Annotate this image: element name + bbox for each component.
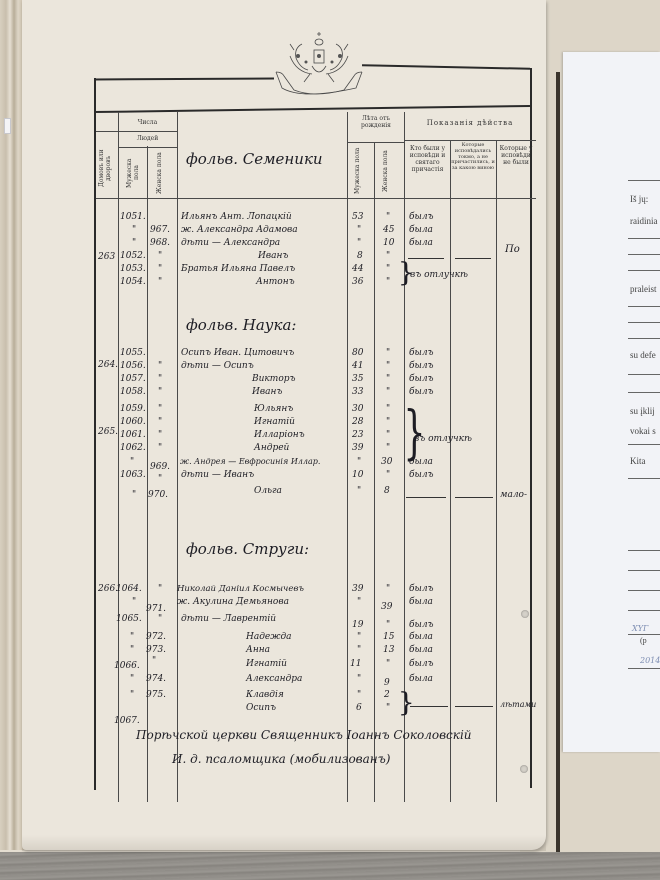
- male-number: 1063.: [120, 470, 146, 480]
- age-female: ": [386, 443, 390, 453]
- male-number: 1058.: [120, 387, 146, 397]
- header-persons: Людей: [118, 136, 177, 143]
- section-title-semeniki: фольв. Семеники: [186, 150, 323, 168]
- male-number: ": [130, 457, 134, 467]
- female-number: ": [158, 404, 162, 414]
- age-male: 11: [350, 659, 361, 669]
- age-female: ": [386, 251, 390, 261]
- age-female: ": [386, 212, 390, 222]
- person-name: дѣти — Иванъ: [181, 470, 254, 480]
- folder-edge: [556, 72, 560, 852]
- col-divider-male: [147, 146, 148, 802]
- person-name: ж. Андрея — Евфросинія Иллар.: [180, 457, 320, 466]
- age-female: ": [386, 659, 390, 669]
- confession-status: былъ: [409, 212, 434, 222]
- male-number: ": [132, 597, 136, 607]
- female-number: ": [152, 656, 156, 666]
- male-number: 1067.: [114, 716, 140, 726]
- age-male: ": [357, 674, 361, 684]
- header-confession-col2: Которые исповѣдались токмо, а не причаст…: [451, 143, 495, 172]
- male-number: ": [130, 645, 134, 655]
- age-male: ": [357, 690, 361, 700]
- person-name: Игнатій: [246, 659, 287, 669]
- male-number: 1056.: [120, 361, 146, 371]
- female-number: 975.: [146, 690, 166, 700]
- age-female: ": [386, 361, 390, 371]
- age-male: 28: [352, 417, 363, 427]
- header-age: Лѣта отъ рожденія: [349, 116, 403, 130]
- person-name: дѣти — Лаврентій: [181, 614, 276, 624]
- section-title-strugi: фольв. Струги:: [186, 540, 309, 558]
- female-number: 967.: [150, 225, 170, 235]
- person-name: Ильянъ Ант. Лопацкій: [181, 212, 292, 222]
- section-title-nauka: фольв. Наука:: [186, 316, 296, 334]
- age-female: 2: [384, 690, 390, 700]
- female-number: ": [158, 277, 162, 287]
- person-name: Осипъ Иван. Цитовичъ: [181, 348, 294, 358]
- male-number: 1060.: [120, 417, 146, 427]
- male-number: ": [132, 225, 136, 235]
- person-name: Игнатій: [254, 417, 295, 427]
- female-number: 971.: [146, 604, 166, 614]
- male-number: ": [132, 490, 136, 500]
- right-doc-handwriting-0: ХҮГ: [632, 624, 648, 633]
- female-number: ": [158, 443, 162, 453]
- punch-hole: [521, 610, 529, 618]
- female-number: ": [158, 584, 162, 594]
- male-number: 1054.: [120, 277, 146, 287]
- male-number: 1057.: [120, 374, 146, 384]
- confession-status: былъ: [409, 348, 434, 358]
- confession-status: былъ: [409, 470, 434, 480]
- confession-status: была: [409, 238, 433, 248]
- confession-status: былъ: [409, 387, 434, 397]
- right-doc-line-4: su įklij: [630, 406, 655, 416]
- age-female: ": [386, 430, 390, 440]
- age-female: 13: [383, 645, 394, 655]
- age-female: ": [386, 417, 390, 427]
- person-name: Викторъ: [252, 374, 296, 384]
- wooden-table-surface: [0, 852, 660, 880]
- age-male: ": [357, 597, 361, 607]
- header-numbers: Числа: [118, 120, 177, 127]
- age-female: 8: [384, 486, 390, 496]
- female-number: 974.: [146, 674, 166, 684]
- right-doc-line-5: vokai s: [630, 426, 656, 436]
- age-male: ": [357, 457, 361, 467]
- age-female: ": [386, 470, 390, 480]
- header-confession: Показанія дѣйства: [406, 119, 534, 127]
- age-female: ": [386, 374, 390, 384]
- age-male: 30: [352, 404, 363, 414]
- age-male: 6: [356, 703, 362, 713]
- right-doc-line-0: Iš jų:: [630, 194, 648, 204]
- header-households: Домовъ или дворовъ: [98, 140, 116, 196]
- person-name: дѣти — Александра: [181, 238, 280, 248]
- male-number: 1061.: [120, 430, 146, 440]
- female-number: ": [158, 417, 162, 427]
- age-male: 80: [352, 348, 363, 358]
- header-female: Женска пола: [156, 150, 170, 196]
- age-male: ": [357, 645, 361, 655]
- female-number: ": [158, 614, 162, 624]
- age-male: 8: [357, 251, 363, 261]
- age-male: 39: [352, 443, 363, 453]
- person-name: Николай Даніил Космычевъ: [177, 584, 304, 594]
- age-male: 39: [352, 584, 363, 594]
- person-name: Юльянъ: [254, 404, 293, 414]
- person-name: Братья Ильяна Павелъ: [181, 264, 295, 274]
- right-doc-handwriting-1: (p: [640, 636, 647, 645]
- male-number: 1059.: [120, 404, 146, 414]
- female-number: 969.: [150, 462, 170, 472]
- female-number: ": [158, 374, 162, 384]
- confession-status: была: [409, 645, 433, 655]
- person-name: Осипъ: [246, 703, 276, 713]
- person-name: Клавдія: [246, 690, 284, 700]
- person-name: Надежда: [246, 632, 292, 642]
- age-male: 33: [352, 387, 363, 397]
- person-name: ж. Александра Адамова: [181, 225, 298, 235]
- age-female: 15: [383, 632, 394, 642]
- age-male: 23: [352, 430, 363, 440]
- confession-status: былъ: [409, 361, 434, 371]
- header-confession-col1: Кто были у исповѣди и святаго причастія: [406, 146, 449, 174]
- age-male: 19: [352, 620, 363, 630]
- confession-status: былъ: [409, 584, 434, 594]
- female-number: ": [158, 474, 162, 484]
- male-number: 1051.: [120, 212, 146, 222]
- male-number: 1055.: [120, 348, 146, 358]
- header-confession-col3: Которые у исповѣди не были: [497, 146, 535, 167]
- person-name: Анна: [246, 645, 270, 655]
- female-number: ": [158, 361, 162, 371]
- col-divider-female: [177, 112, 178, 802]
- confession-status: былъ: [409, 659, 434, 669]
- person-name: ж. Акулина Демьянова: [177, 597, 289, 607]
- person-name: Александра: [246, 674, 302, 684]
- age-female: ": [386, 703, 390, 713]
- female-number: ": [158, 430, 162, 440]
- household-number: 263: [98, 252, 115, 262]
- age-male: 53: [352, 212, 363, 222]
- age-female: ": [386, 277, 390, 287]
- right-form-document: [563, 52, 660, 752]
- confession-status: была: [409, 674, 433, 684]
- female-number: ": [158, 264, 162, 274]
- age-male: 35: [352, 374, 363, 384]
- confession-status: былъ: [409, 620, 434, 630]
- age-male: 36: [352, 277, 363, 287]
- priest-signature: Порѣчской церкви Священникъ Іоаннъ Сокол…: [136, 728, 472, 742]
- age-female: ": [386, 620, 390, 630]
- person-name: Андрей: [254, 443, 289, 453]
- right-doc-line-3: su defe: [630, 350, 656, 360]
- age-female: ": [386, 264, 390, 274]
- confession-status: въ отлучкѣ: [410, 270, 468, 280]
- female-number: ": [158, 387, 162, 397]
- female-number: ": [158, 251, 162, 261]
- right-doc-handwriting-2: 2014: [640, 656, 660, 665]
- confession-status: была: [409, 632, 433, 642]
- header-age-female: Женска пола: [382, 146, 396, 196]
- female-number: 968.: [150, 238, 170, 248]
- col-divider-age-male: [347, 112, 348, 802]
- header-age-male: Мужеска пола: [354, 146, 368, 196]
- male-number: ": [130, 632, 134, 642]
- header-male: Мужеска пола: [126, 150, 140, 196]
- col-divider-households: [118, 112, 119, 802]
- male-number: 1065.: [116, 614, 142, 624]
- male-number: ": [130, 674, 134, 684]
- age-female: 45: [383, 225, 394, 235]
- male-number: 1066.: [114, 661, 140, 671]
- age-female: 10: [383, 238, 394, 248]
- age-female: 9: [384, 678, 390, 688]
- age-male: 41: [352, 361, 363, 371]
- male-number: ": [130, 690, 134, 700]
- age-male: ": [357, 238, 361, 248]
- age-male: 44: [352, 264, 363, 274]
- male-number: 1053.: [120, 264, 146, 274]
- person-name: Илларіонъ: [254, 430, 305, 440]
- confession-status: была: [409, 597, 433, 607]
- age-female: ": [386, 348, 390, 358]
- household-number: 265.: [98, 427, 118, 437]
- right-doc-line-1: raidinia: [630, 216, 658, 226]
- male-number: ": [132, 238, 136, 248]
- age-female: ": [386, 387, 390, 397]
- age-female: ": [386, 404, 390, 414]
- female-number: 970.: [148, 490, 168, 500]
- confession-status: была: [409, 225, 433, 235]
- age-female: ": [386, 584, 390, 594]
- age-male: 10: [352, 470, 363, 480]
- confession-status: въ отлучкѣ: [414, 434, 472, 444]
- person-name: Антонъ: [256, 277, 295, 287]
- male-number: 1064.: [116, 584, 142, 594]
- confession-status: былъ: [409, 374, 434, 384]
- margin-note-letami: лѣтами: [500, 700, 536, 709]
- punch-hole: [520, 765, 528, 773]
- male-number: 1052.: [120, 251, 146, 261]
- col-divider-age-female: [374, 143, 375, 802]
- female-number: 972.: [146, 632, 166, 642]
- binding-tab: [4, 118, 11, 134]
- age-male: ": [357, 486, 361, 496]
- col-divider-conf3: [496, 140, 497, 802]
- right-doc-line-2: praleist: [630, 284, 657, 294]
- margin-note: По: [505, 244, 520, 255]
- male-number: 1062.: [120, 443, 146, 453]
- col-divider-conf2: [450, 140, 451, 802]
- right-doc-line-6: Kita: [630, 456, 646, 466]
- person-name: Ольга: [254, 486, 282, 496]
- margin-note-malo: мало-: [500, 490, 527, 500]
- person-name: Иванъ: [252, 387, 282, 397]
- age-male: ": [357, 225, 361, 235]
- female-number: 973.: [146, 645, 166, 655]
- confession-status: была: [409, 457, 433, 467]
- psalmist-note: И. д. псаломщика (мобилизованъ): [172, 752, 390, 766]
- age-male: ": [357, 632, 361, 642]
- page-curl-shadow: [22, 835, 546, 851]
- person-name: дѣти — Осипъ: [181, 361, 254, 371]
- person-name: Иванъ: [258, 251, 288, 261]
- household-number: 264.: [98, 360, 118, 370]
- age-female: 39: [381, 602, 392, 612]
- age-female: 30: [381, 457, 392, 467]
